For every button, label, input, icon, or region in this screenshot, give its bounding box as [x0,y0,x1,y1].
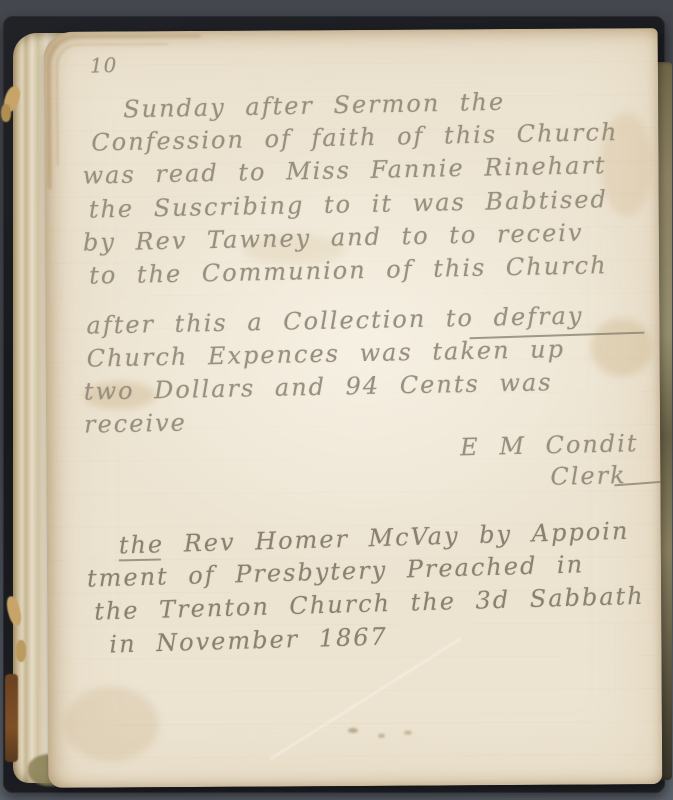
manuscript-line: by Rev Tawney and to to receiv [83,219,584,257]
manuscript-line: to the Communion of this Church [89,251,608,289]
manuscript-line: Church Expences was taken up [86,335,565,373]
manuscript-line: in November 1867 [109,622,388,658]
manuscript-line: was read to Miss Fannie Rinehart [82,151,607,190]
manuscript-line: Sunday after Sermon the [123,88,506,124]
frayed-thread [16,640,26,662]
manuscript-page: 10 Sunday after Sermon the Confession of… [44,28,663,788]
manuscript-photo: 10 Sunday after Sermon the Confession of… [0,0,673,800]
manuscript-line: two Dollars and 94 Cents was [84,368,553,405]
stain [590,318,652,376]
frayed-thread [1,104,11,122]
mark [404,731,412,735]
page-crease [270,638,461,760]
manuscript-line: the Suscribing to it was Babtised [89,185,609,223]
mark [348,728,358,733]
manuscript-line: receive [84,409,187,439]
page-number: 10 [90,53,118,78]
signature-title: Clerk [550,461,627,491]
signature-name: E M Condit [460,429,639,461]
stain [64,686,159,762]
manuscript-line: Confession of faith of this Church [91,118,619,157]
manuscript-line: after this a Collection to defray [86,302,583,340]
worn-leather-corner [5,674,18,762]
mark [378,734,385,738]
